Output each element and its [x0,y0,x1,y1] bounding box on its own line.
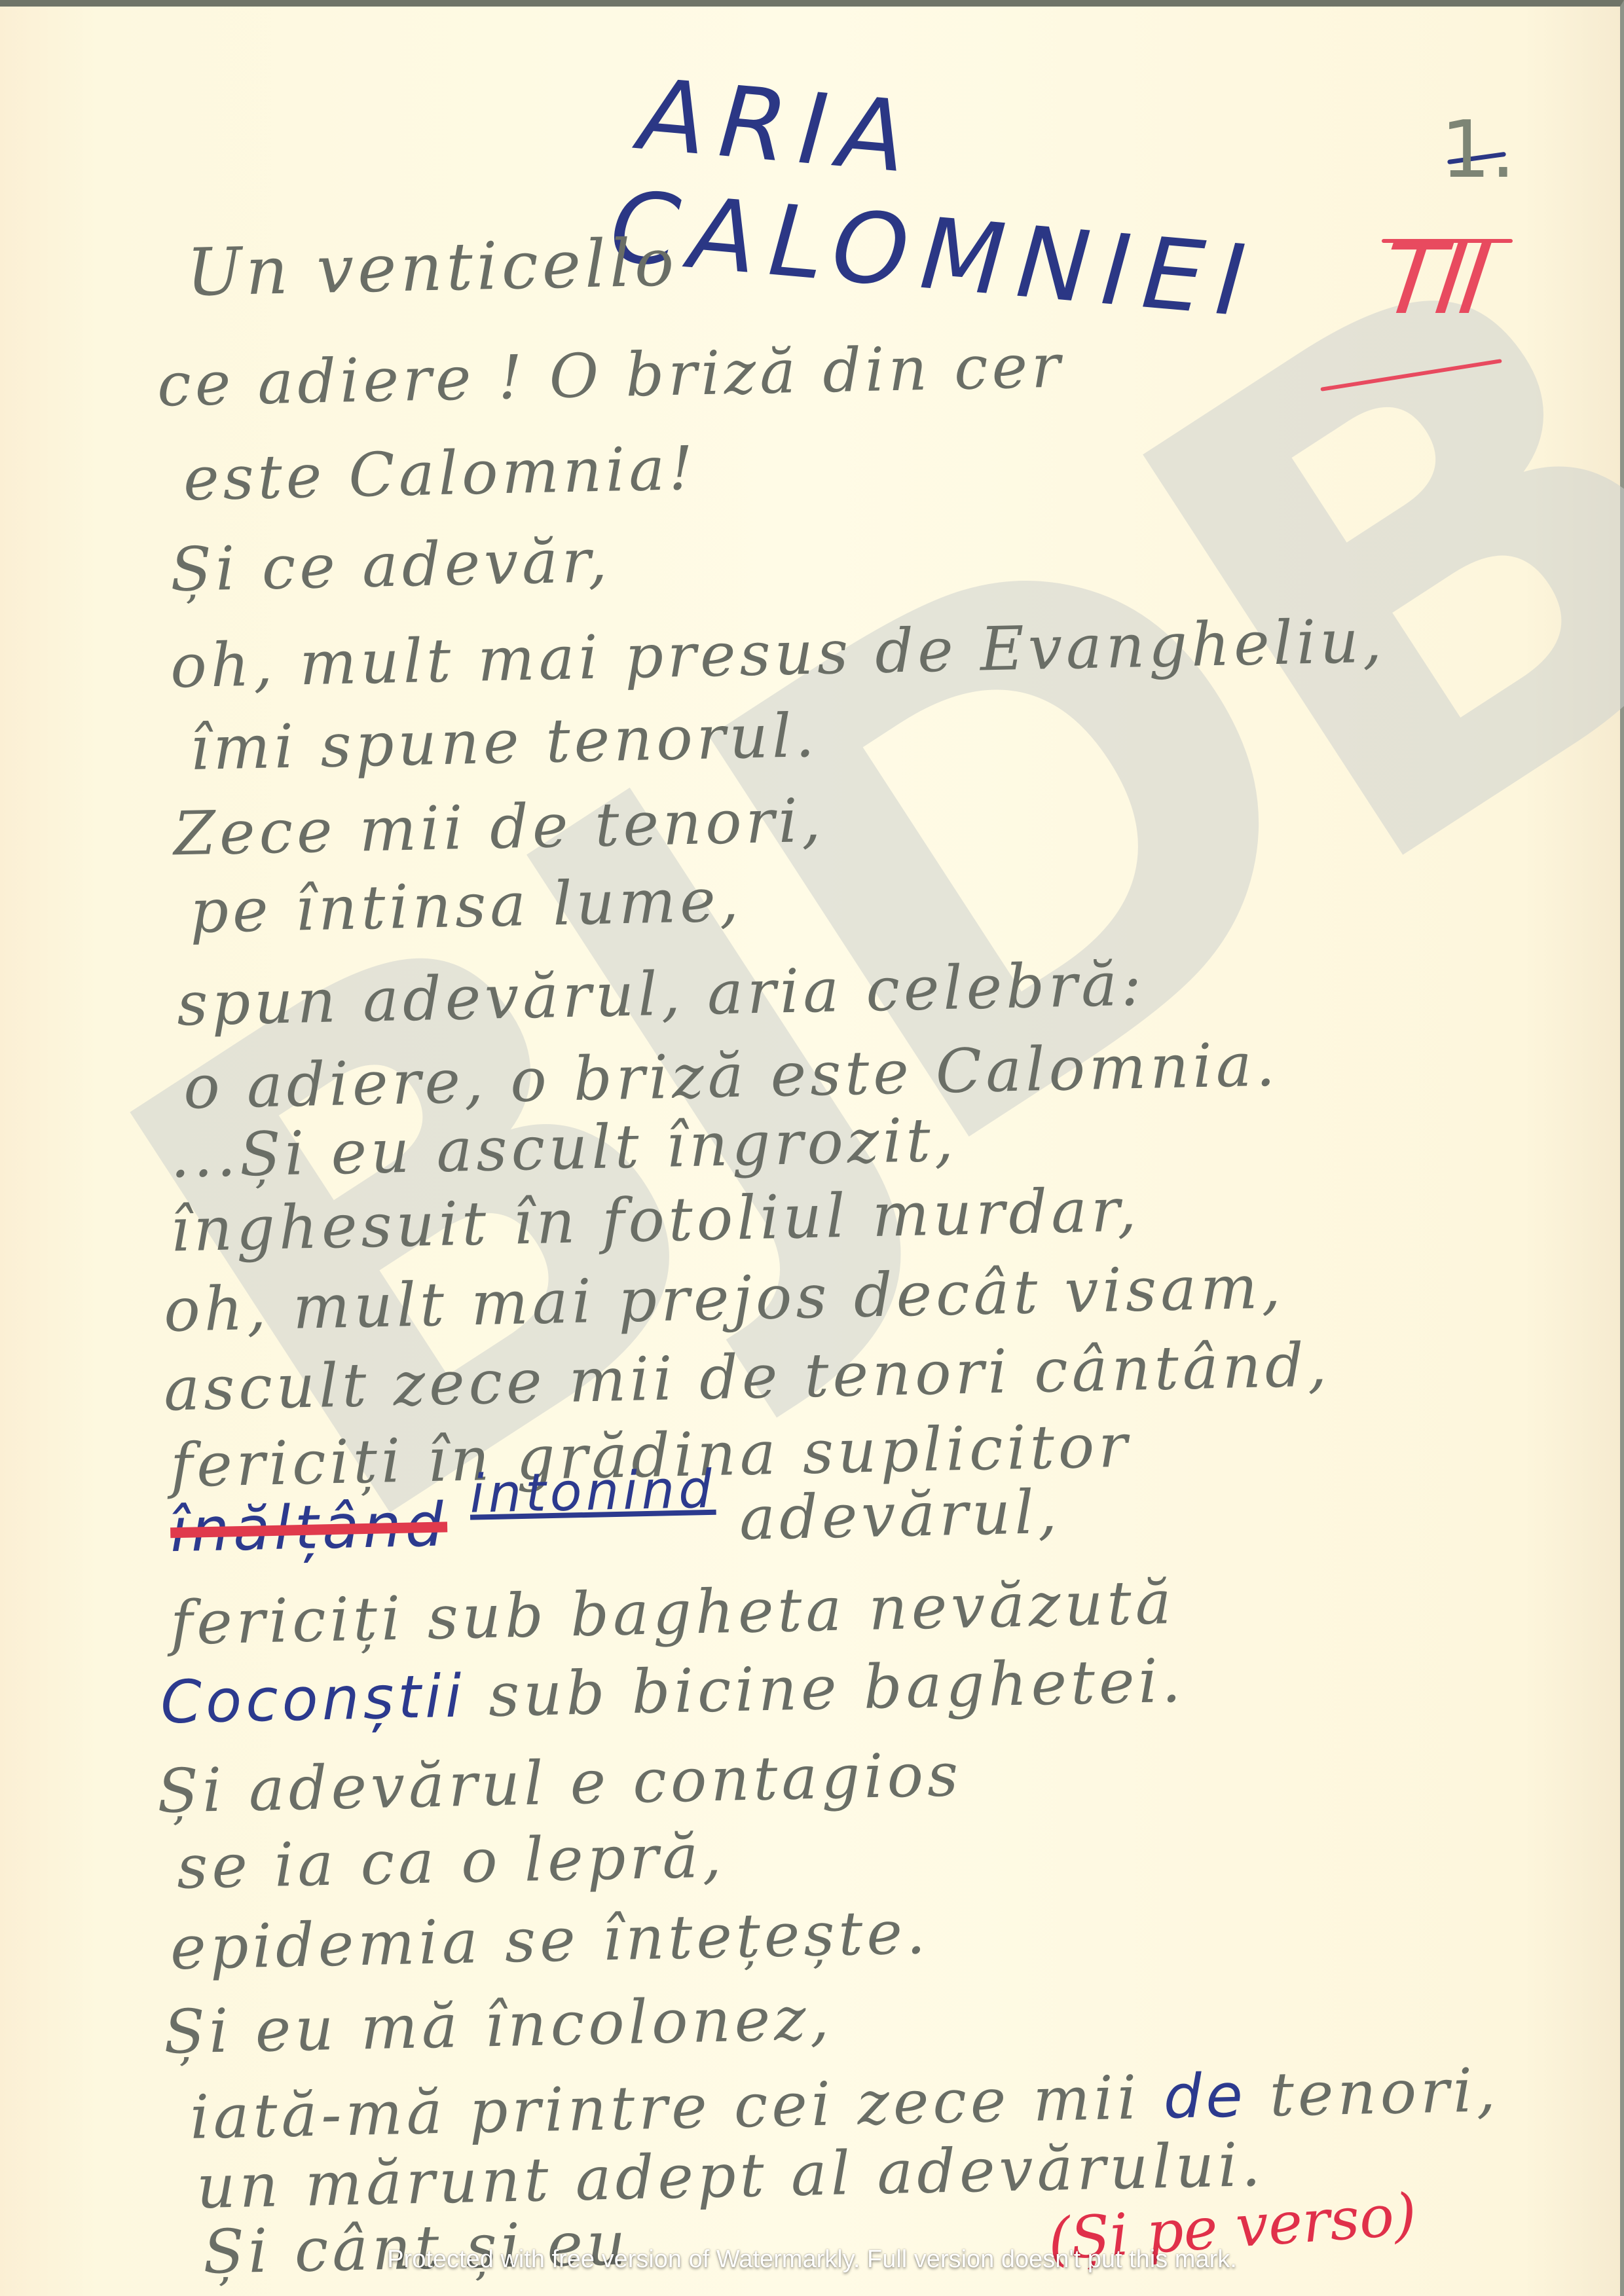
verse-line: ascult zece mii de tenori cântând, [163,1330,1331,1424]
verse-line: se ia ca o lepră, [176,1821,726,1903]
verse-line: o adiere, o briză este Calomnia. [183,1029,1280,1122]
page-number: 1. [1441,105,1516,196]
verse-line: oh, mult mai prejos decât visam, [163,1252,1285,1345]
verse-line: ce adiere ! O briză din cer [157,331,1065,420]
verse-line: epidemia se întețește. [170,1897,930,1983]
verse-line: Zece mii de tenori, [173,786,825,869]
inserted-word: intonind [469,1459,716,1525]
watermarkly-notice: Protected with free version of Watermark… [0,2246,1624,2274]
verse-line: fericiți sub bagheta nevăzută [170,1567,1175,1658]
red-marker-underline [1320,359,1502,392]
manuscript-page: BJDB ARIA CALOMNIEI 1. TII Un venticello… [0,0,1624,2296]
verse-line: pe întinsa lume, [189,865,743,947]
verse-line: Și eu mă încolonez, [163,1983,834,2067]
verse-line: îmi spune tenorul. [189,701,819,784]
verse-line: este Calomnia! [183,433,697,514]
inserted-word: de [1163,2060,1247,2132]
inserted-word: Coconștii [160,1662,466,1738]
verse-line: spun adevărul, aria celebră: [176,949,1146,1040]
struck-word: înălțând [170,1489,448,1565]
verse-line: Și adevărul e contagios [157,1740,963,1827]
verse-line: Și ce adevăr, [170,526,612,605]
verse-line: înghesuit în fotoliul murdar, [170,1175,1141,1266]
verse-line-corrected: Coconștii sub bicine baghetei. [160,1646,1185,1738]
verse-line: Un venticello [186,224,678,311]
verse-line: oh, mult mai presus de Evangheliu, [170,606,1386,702]
